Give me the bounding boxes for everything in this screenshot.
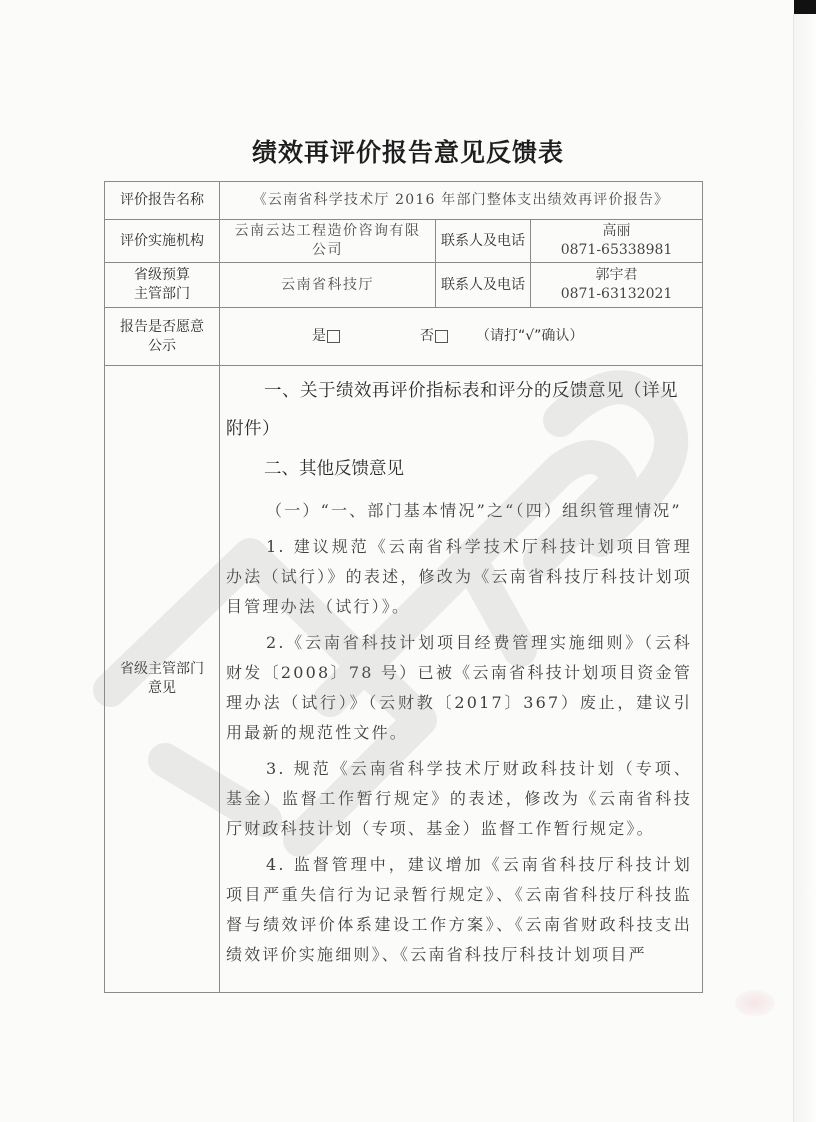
department-contact-value: 郭宇君 0871-63132021 (531, 263, 703, 308)
agency-label: 评价实施机构 (105, 220, 220, 263)
opinion-item-3: 3. 规范《云南省科学技术厅财政科技计划（专项、基金）监督工作暂行规定》的表述，… (226, 754, 692, 844)
stamp-trace (735, 990, 775, 1016)
opinion-label-line1: 省级主管部门 (105, 660, 219, 679)
publish-label: 报告是否愿意 公示 (105, 308, 220, 366)
feedback-form-table: 评价报告名称 《云南省科学技术厅 2016 年部门整体支出绩效再评价报告》 评价… (104, 181, 703, 993)
publish-label-line1: 报告是否愿意 (105, 318, 219, 337)
department-contact-label: 联系人及电话 (436, 263, 531, 308)
opinion-section-1: 一、关于绩效再评价指标表和评分的反馈意见（详见附件） (226, 372, 692, 448)
scan-page-edge (793, 14, 816, 1122)
agency-contact-phone: 0871-65338981 (531, 241, 702, 260)
department-contact-phone: 0871-63132021 (531, 285, 702, 304)
opinion-label: 省级主管部门 意见 (105, 366, 220, 993)
page-title: 绩效再评价报告意见反馈表 (0, 133, 816, 169)
agency-contact-name: 高丽 (531, 222, 702, 241)
row-publish: 报告是否愿意 公示 是 否 （请打“√”确认） (105, 308, 703, 366)
row-report-name: 评价报告名称 《云南省科学技术厅 2016 年部门整体支出绩效再评价报告》 (105, 182, 703, 220)
department-contact-name: 郭宇君 (531, 266, 702, 285)
scan-corner-mark (794, 0, 816, 14)
opinion-item-1: 1. 建议规范《云南省科学技术厅科技计划项目管理办法（试行）》的表述，修改为《云… (226, 532, 692, 622)
report-name-label: 评价报告名称 (105, 182, 220, 220)
row-agency: 评价实施机构 云南云达工程造价咨询有限 公司 联系人及电话 高丽 0871-65… (105, 220, 703, 263)
row-department: 省级预算 主管部门 云南省科技厅 联系人及电话 郭宇君 0871-6313202… (105, 263, 703, 308)
report-name-value: 《云南省科学技术厅 2016 年部门整体支出绩效再评价报告》 (220, 182, 703, 220)
agency-contact-value: 高丽 0871-65338981 (531, 220, 703, 263)
agency-value-line2: 公司 (220, 241, 435, 260)
opinion-content: 一、关于绩效再评价指标表和评分的反馈意见（详见附件） 二、其他反馈意见 （一）“… (220, 366, 703, 993)
department-label: 省级预算 主管部门 (105, 263, 220, 308)
publish-option-yes-label: 是 (312, 327, 326, 346)
row-opinion: 省级主管部门 意见 一、关于绩效再评价指标表和评分的反馈意见（详见附件） 二、其… (105, 366, 703, 993)
opinion-label-line2: 意见 (105, 679, 219, 698)
agency-value-line1: 云南云达工程造价咨询有限 (220, 222, 435, 241)
publish-options: 是 否 （请打“√”确认） (220, 308, 703, 366)
publish-label-line2: 公示 (105, 337, 219, 356)
opinion-item-4: 4. 监督管理中，建议增加《云南省科技厅科技计划项目严重失信行为记录暂行规定》、… (226, 850, 692, 970)
publish-option-no[interactable]: 否 (420, 327, 448, 346)
opinion-item-2: 2.《云南省科技计划项目经费管理实施细则》（云科财发〔2008〕78 号）已被《… (226, 628, 692, 748)
agency-value: 云南云达工程造价咨询有限 公司 (220, 220, 436, 263)
department-label-line1: 省级预算 (105, 266, 219, 285)
publish-option-yes[interactable]: 是 (312, 327, 340, 346)
opinion-section-2: 二、其他反馈意见 (226, 450, 692, 488)
publish-hint: （请打“√”确认） (476, 327, 583, 346)
publish-yes-checkbox[interactable] (327, 330, 340, 343)
opinion-content-body: 一、关于绩效再评价指标表和评分的反馈意见（详见附件） 二、其他反馈意见 （一）“… (226, 372, 692, 992)
department-label-line2: 主管部门 (105, 285, 219, 304)
publish-option-no-label: 否 (420, 327, 434, 346)
opinion-subsection-1: （一）“一、部门基本情况”之“（四）组织管理情况” (226, 496, 692, 526)
department-value: 云南省科技厅 (220, 263, 436, 308)
publish-no-checkbox[interactable] (435, 330, 448, 343)
agency-contact-label: 联系人及电话 (436, 220, 531, 263)
